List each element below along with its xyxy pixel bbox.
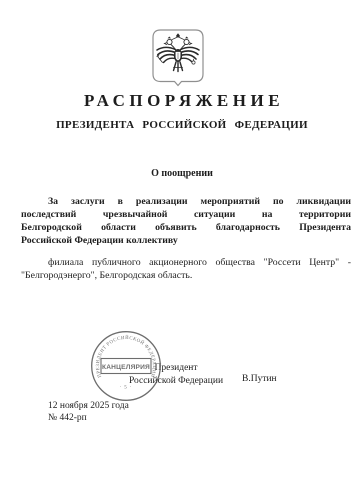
document-number: № 442-рп bbox=[48, 413, 87, 423]
document-subject: О поощрении bbox=[0, 168, 364, 179]
decree-document-page: РАСПОРЯЖЕНИЕ ПРЕЗИДЕНТА РОССИЙСКОЙ ФЕДЕР… bbox=[0, 0, 364, 486]
body-paragraph-1: За заслуги в реализации мероприятий по л… bbox=[21, 195, 351, 247]
document-date: 12 ноября 2025 года bbox=[48, 401, 129, 411]
russia-coat-of-arms-icon bbox=[152, 29, 204, 87]
stamp-bottom-text: · 5 · bbox=[119, 385, 133, 391]
document-title: РАСПОРЯЖЕНИЕ bbox=[0, 91, 364, 111]
body-paragraph-2: филиала публичного акционерного общества… bbox=[21, 256, 351, 282]
stamp-center-text: КАНЦЕЛЯРИЯ bbox=[102, 364, 150, 371]
signature-name: В.Путин bbox=[242, 374, 277, 384]
chancellery-stamp: ПРЕЗИДЕНТ РОССИЙСКОЙ ФЕДЕРАЦИИ · 5 · КАН… bbox=[90, 330, 162, 402]
paragraph-line: "Белгородэнерго", Белгородская область. bbox=[21, 269, 351, 282]
paragraph-line: Российской Федерации коллективу bbox=[21, 234, 351, 247]
paragraph-line: филиала публичного акционерного общества… bbox=[21, 256, 351, 269]
paragraph-line: За заслуги в реализации мероприятий по л… bbox=[21, 195, 351, 208]
paragraph-line: последствий чрезвычайной ситуации на тер… bbox=[21, 208, 351, 221]
document-subtitle: ПРЕЗИДЕНТА РОССИЙСКОЙ ФЕДЕРАЦИИ bbox=[0, 119, 364, 131]
svg-text:· 5 ·: · 5 · bbox=[119, 385, 133, 391]
paragraph-line: Белгородской области объявить благодарно… bbox=[21, 221, 351, 234]
